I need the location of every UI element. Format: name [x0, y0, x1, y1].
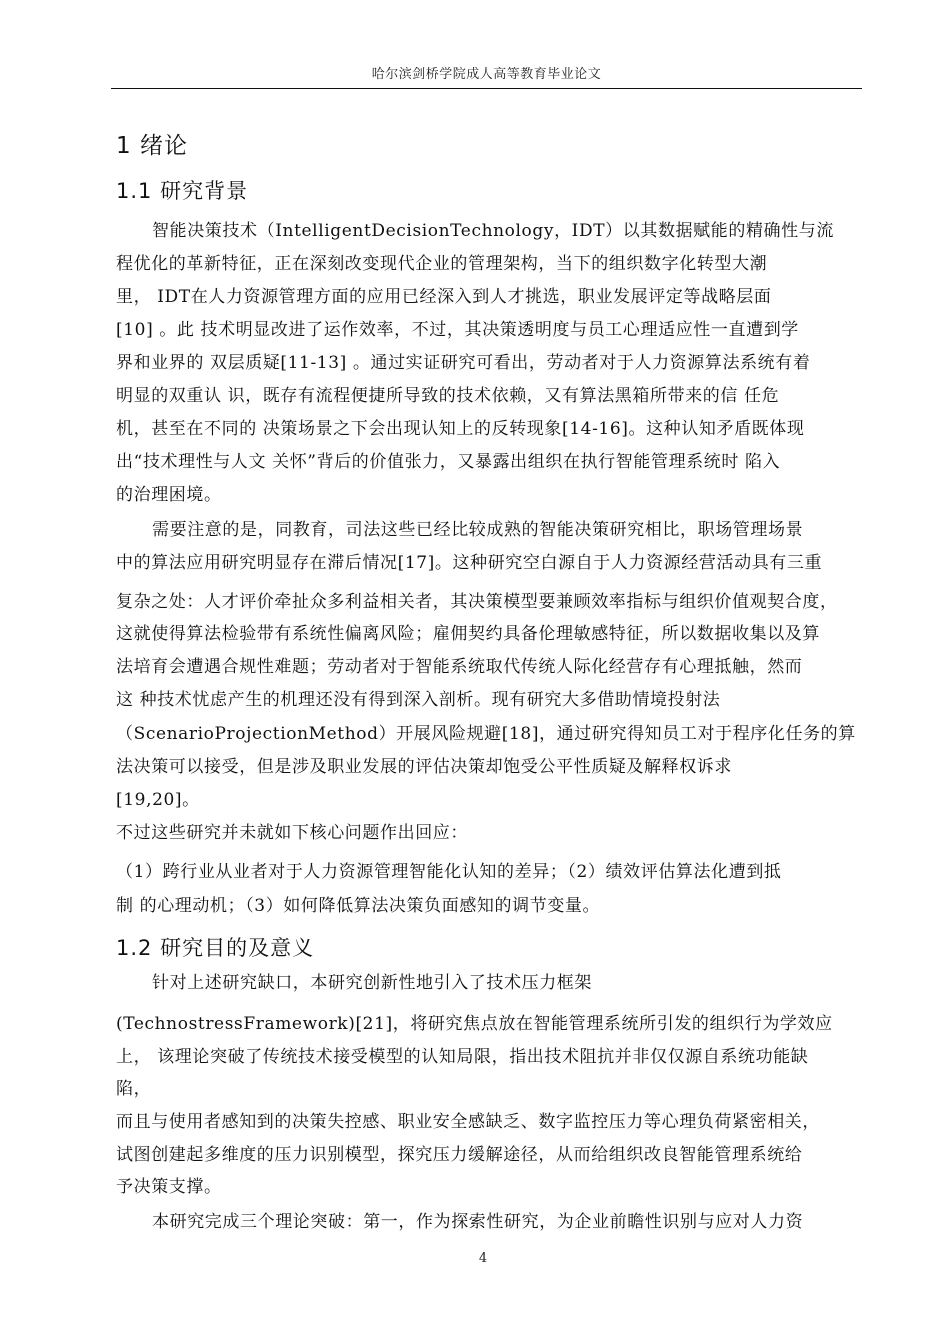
- text-line: 不过这些研究并未就如下核心问题作出回应：: [116, 822, 468, 844]
- text-line: 出“技术理性与人文 关怀”背后的价值张力，又暴露出组织在执行智能管理系统时 陷入: [116, 451, 780, 473]
- text-line: 予决策支撑。: [116, 1176, 222, 1198]
- text-line: 智能决策技术（IntelligentDecisionTechnology，IDT…: [152, 220, 834, 242]
- text-line: 试图创建起多维度的压力识别模型，探究压力缓解途径，从而给组织改良智能管理系统给: [116, 1144, 802, 1166]
- page-number: 4: [0, 1251, 950, 1266]
- text-line: 而且与使用者感知到的决策失控感、职业安全感缺乏、数字监控压力等心理负荷紧密相关，: [116, 1111, 820, 1133]
- text-line: 这就使得算法检验带有系统性偏离风险；雇佣契约具备伦理敏感特征，所以数据收集以及算: [116, 623, 820, 645]
- text-line: 中的算法应用研究明显存在滞后情况[17]。这种研究空白源自于人力资源经营活动具有…: [116, 552, 822, 574]
- text-line: (TechnostressFramework)[21]，将研究焦点放在智能管理系…: [116, 1013, 833, 1035]
- chapter-title: 1 绪论: [116, 127, 188, 160]
- document-page: 哈尔滨剑桥学院成人高等教育毕业论文 1 绪论 1.1 研究背景 智能决策技术（I…: [0, 0, 950, 1344]
- running-header: 哈尔滨剑桥学院成人高等教育毕业论文: [111, 63, 862, 82]
- text-line: （ScenarioProjectionMethod）开展风险规避[18]，通过研…: [116, 723, 856, 745]
- text-line: 法决策可以接受，但是涉及职业发展的评估决策却饱受公平性质疑及解释权诉求: [116, 756, 732, 778]
- text-line: 复杂之处：人才评价牵扯众多利益相关者，其决策模型要兼顾效率指标与组织价值观契合度…: [116, 591, 838, 613]
- text-line: 陷，: [116, 1078, 151, 1100]
- text-line: 机，甚至在不同的 决策场景之下会出现认知上的反转现象[14-16]。这种认知矛盾…: [116, 418, 804, 440]
- text-line: （1）跨行业从业者对于人力资源管理智能化认知的差异；（2）绩效评估算法化遭到抵: [116, 861, 782, 883]
- section-title-1-2: 1.2 研究目的及意义: [116, 932, 314, 962]
- text-line: [19,20]。: [116, 789, 200, 811]
- header-rule: [111, 88, 862, 89]
- text-line: 程优化的革新特征，正在深刻改变现代企业的管理架构，当下的组织数字化转型大潮: [116, 253, 767, 275]
- text-line: 本研究完成三个理论突破：第一，作为探索性研究，为企业前瞻性识别与应对人力资: [152, 1211, 803, 1233]
- text-line: 的治理困境。: [116, 484, 222, 506]
- text-line: 明显的双重认 识，既存有流程便捷所导致的技术依赖，又有算法黑箱所带来的信 任危: [116, 385, 779, 407]
- text-line: 上， 该理论突破了传统技术接受模型的认知局限，指出技术阻抗并非仅仅源自系统功能缺: [116, 1046, 808, 1068]
- text-line: 这 种技术忧虑产生的机理还没有得到深入剖析。现有研究大多借助情境投射法: [116, 689, 720, 711]
- text-line: 界和业界的 双层质疑[11-13] 。通过实证研究可看出，劳动者对于人力资源算法…: [116, 352, 810, 374]
- text-line: 需要注意的是，同教育，司法这些已经比较成熟的智能决策研究相比，职场管理场景: [152, 519, 803, 541]
- text-line: 针对上述研究缺口，本研究创新性地引入了技术压力框架: [152, 972, 592, 994]
- section-title-1-1: 1.1 研究背景: [116, 175, 248, 205]
- text-line: 制 的心理动机；（3）如何降低算法决策负面感知的调节变量。: [116, 895, 600, 917]
- text-line: 法培育会遭遇合规性难题；劳动者对于智能系统取代传统人际化经营存有心理抵触，然而: [116, 656, 802, 678]
- text-line: [10] 。此 技术明显改进了运作效率，不过，其决策透明度与员工心理适应性一直遭…: [116, 319, 799, 341]
- text-line: 里， IDT在人力资源管理方面的应用已经深入到人才挑选，职业发展评定等战略层面: [116, 286, 772, 308]
